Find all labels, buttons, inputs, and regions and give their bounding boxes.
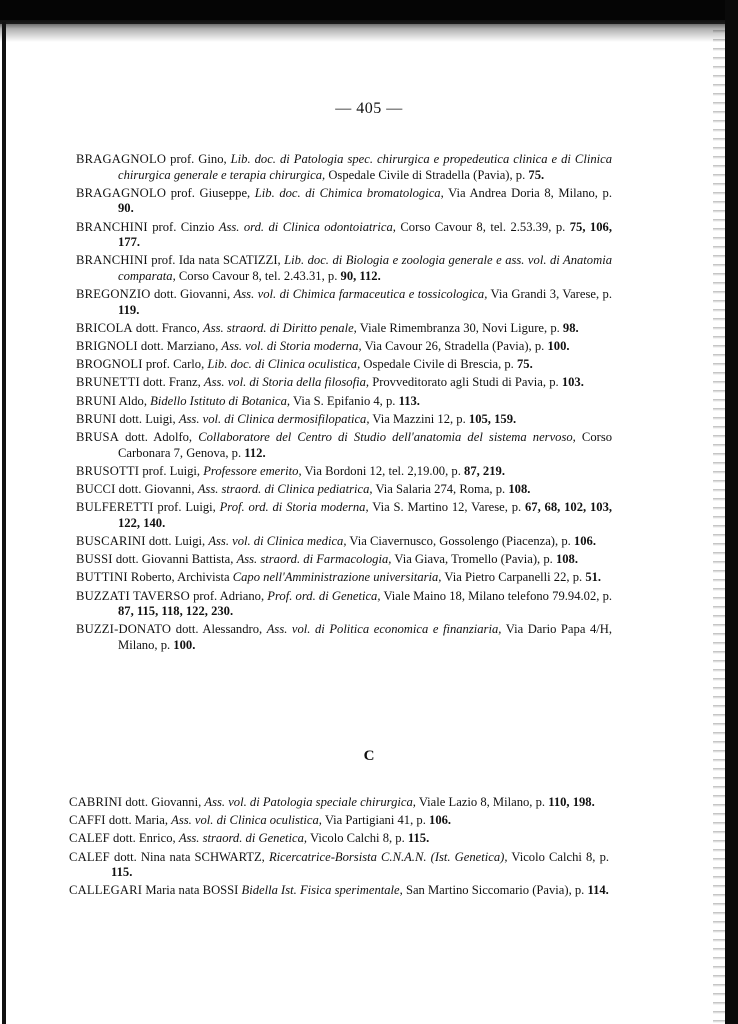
- entry-address: Viale Rimembranza 30, Novi Ligure,: [360, 321, 547, 335]
- entry-address: Viale Maino 18, Milano telefono 79.94.02…: [383, 589, 599, 603]
- entry-pages: 75.: [528, 168, 544, 182]
- directory-entry: BRICOLA dott. Franco, Ass. straord. di D…: [76, 321, 612, 337]
- directory-entry: CALLEGARI Maria nata BOSSI Bidella Ist. …: [69, 883, 609, 899]
- entry-title: Maria nata BOSSI: [145, 883, 238, 897]
- entry-pages-prefix: p.: [328, 269, 337, 283]
- entry-address: Via S. Martino 12, Varese,: [372, 500, 508, 514]
- entry-role: Lib. doc. di Clinica oculistica,: [207, 357, 360, 371]
- entry-pages: 108.: [508, 482, 530, 496]
- entry-name: CALEF: [69, 831, 110, 845]
- entry-name: BRAGAGNOLO: [76, 186, 166, 200]
- entry-role: Bidello Istituto di Botanica,: [150, 394, 290, 408]
- entry-pages: 87, 115, 118, 122, 230.: [118, 604, 233, 618]
- directory-entry: BUSCARINI dott. Luigi, Ass. vol. di Clin…: [76, 534, 612, 550]
- entry-pages: 119.: [118, 303, 139, 317]
- directory-entry: BUSSI dott. Giovanni Battista, Ass. stra…: [76, 552, 612, 568]
- entry-pages: 114.: [587, 883, 608, 897]
- directory-entry: BRANCHINI prof. Ida nata SCATIZZI, Lib. …: [76, 253, 612, 284]
- scan-top-grain: [0, 20, 738, 42]
- entry-pages-prefix: p.: [575, 883, 584, 897]
- entry-pages: 106.: [574, 534, 596, 548]
- entry-pages: 100.: [547, 339, 569, 353]
- entry-title: dott. Giovanni,: [125, 795, 201, 809]
- entry-pages: 115.: [408, 831, 429, 845]
- entry-address: Via Giava, Tromello (Pavia),: [394, 552, 540, 566]
- directory-entry: BUZZI-DONATO dott. Alessandro, Ass. vol.…: [76, 622, 612, 653]
- entry-name: BRICOLA: [76, 321, 133, 335]
- entry-pages: 113.: [399, 394, 420, 408]
- entry-address: Via Salaria 274, Roma,: [375, 482, 492, 496]
- directory-entry: BUZZATI TAVERSO prof. Adriano, Prof. ord…: [76, 589, 612, 620]
- entry-role: Capo nell'Amministrazione universitaria,: [233, 570, 442, 584]
- entry-role: Lib. doc. di Chimica bromatologica,: [255, 186, 444, 200]
- entry-address: Via Pietro Carpanelli 22,: [444, 570, 569, 584]
- entry-name: BRANCHINI: [76, 253, 148, 267]
- directory-entry: BRUNETTI dott. Franz, Ass. vol. di Stori…: [76, 375, 612, 391]
- entry-pages-prefix: p.: [512, 500, 521, 514]
- entry-role: Prof. ord. di Storia moderna,: [220, 500, 369, 514]
- entry-name: BRUNETTI: [76, 375, 140, 389]
- scan-right-grain: [713, 30, 725, 1024]
- entry-address: Via Ciavernusco, Gossolengo (Piacenza),: [349, 534, 558, 548]
- entry-role: Ass. vol. di Clinica oculistica,: [171, 813, 322, 827]
- directory-entry: BRUNI dott. Luigi, Ass. vol. di Clinica …: [76, 412, 612, 428]
- entry-title: Aldo,: [119, 394, 147, 408]
- entry-title: dott. Luigi,: [149, 534, 205, 548]
- entry-address: Via Andrea Doria 8, Milano,: [448, 186, 598, 200]
- entry-title: prof. Adriano,: [193, 589, 264, 603]
- entry-name: BRUSOTTI: [76, 464, 139, 478]
- directory-entry: BRIGNOLI dott. Marziano, Ass. vol. di St…: [76, 339, 612, 355]
- entry-pages-prefix: p.: [395, 831, 404, 845]
- entry-address: Corso Cavour 8, tel. 2.43.31,: [179, 269, 325, 283]
- entry-title: dott. Maria,: [109, 813, 168, 827]
- entry-name: BUSSI: [76, 552, 113, 566]
- directory-entry: CABRINI dott. Giovanni, Ass. vol. di Pat…: [69, 795, 609, 811]
- entry-pages: 100.: [173, 638, 195, 652]
- entry-title: dott. Enrico,: [113, 831, 176, 845]
- directory-entry: BULFERETTI prof. Luigi, Prof. ord. di St…: [76, 500, 612, 531]
- entry-address: Ospedale Civile di Brescia,: [363, 357, 501, 371]
- entry-pages: 108.: [556, 552, 578, 566]
- directory-entry: BRAGAGNOLO prof. Gino, Lib. doc. di Pato…: [76, 152, 612, 183]
- entry-title: dott. Luigi,: [119, 412, 175, 426]
- entry-pages-prefix: p.: [504, 357, 513, 371]
- directory-entry: BRANCHINI prof. Cinzio Ass. ord. di Clin…: [76, 220, 612, 251]
- entry-role: Ass. ord. di Clinica odontoiatrica,: [219, 220, 396, 234]
- entry-title: dott. Franco,: [136, 321, 200, 335]
- entry-title: prof. Cinzio: [152, 220, 214, 234]
- entry-pages: 98.: [563, 321, 579, 335]
- entry-address: Corso Cavour 8, tel. 2.53.39,: [400, 220, 551, 234]
- entry-pages-prefix: p.: [543, 552, 552, 566]
- entry-title: dott. Nina nata SCHWARTZ,: [114, 850, 265, 864]
- entry-title: Roberto, Archivista: [131, 570, 230, 584]
- entry-pages-prefix: p.: [550, 321, 559, 335]
- entry-pages: 87, 219.: [464, 464, 505, 478]
- directory-section-c: CABRINI dott. Giovanni, Ass. vol. di Pat…: [69, 795, 609, 902]
- entry-role: Ass. straord. di Genetica,: [179, 831, 307, 845]
- entry-pages: 105, 159.: [469, 412, 516, 426]
- directory-entry: CALEF dott. Enrico, Ass. straord. di Gen…: [69, 831, 609, 847]
- entry-name: CALLEGARI: [69, 883, 142, 897]
- entry-name: CABRINI: [69, 795, 122, 809]
- entry-pages-prefix: p.: [416, 813, 425, 827]
- entry-address: Via S. Epifanio 4,: [293, 394, 383, 408]
- entry-pages-prefix: p.: [516, 168, 525, 182]
- entry-pages: 90.: [118, 201, 134, 215]
- entry-name: BUSCARINI: [76, 534, 146, 548]
- entry-address: Via Partigiani 41,: [325, 813, 413, 827]
- entry-title: prof. Luigi,: [142, 464, 200, 478]
- entry-title: dott. Giovanni Battista,: [116, 552, 234, 566]
- entry-address: Vicolo Calchi 8,: [310, 831, 392, 845]
- entry-title: dott. Alessandro,: [176, 622, 262, 636]
- entry-pages: 75.: [517, 357, 533, 371]
- entry-role: Ass. vol. di Patologia speciale chirurgi…: [204, 795, 416, 809]
- section-letter-heading: C: [0, 748, 738, 765]
- entry-pages: 115.: [111, 865, 132, 879]
- entry-name: CAFFI: [69, 813, 106, 827]
- entry-name: BREGONZIO: [76, 287, 151, 301]
- directory-entry: BREGONZIO dott. Giovanni, Ass. vol. di C…: [76, 287, 612, 318]
- entry-pages-prefix: p.: [573, 570, 582, 584]
- entry-name: BRANCHINI: [76, 220, 148, 234]
- entry-title: prof. Giuseppe,: [171, 186, 250, 200]
- directory-entry: BRUSA dott. Adolfo, Collaboratore del Ce…: [76, 430, 612, 461]
- directory-entry: BROGNOLI prof. Carlo, Lib. doc. di Clini…: [76, 357, 612, 373]
- entry-role: Professore emerito,: [203, 464, 301, 478]
- entry-role: Ass. straord. di Farmacologia,: [237, 552, 392, 566]
- entry-pages: 90, 112.: [341, 269, 381, 283]
- entry-address: San Martino Siccomario (Pavia),: [406, 883, 572, 897]
- entry-pages-prefix: p.: [535, 339, 544, 353]
- entry-pages-prefix: p.: [496, 482, 505, 496]
- directory-entry: BUCCI dott. Giovanni, Ass. straord. di C…: [76, 482, 612, 498]
- entry-name: BUZZATI TAVERSO: [76, 589, 190, 603]
- entry-title: prof. Ida nata SCATIZZI,: [151, 253, 280, 267]
- entry-pages-prefix: p.: [536, 795, 545, 809]
- entry-title: prof. Carlo,: [146, 357, 204, 371]
- entry-pages-prefix: p.: [451, 464, 460, 478]
- entry-pages: 110, 198.: [548, 795, 595, 809]
- entry-pages-prefix: p.: [556, 220, 565, 234]
- entry-name: BUCCI: [76, 482, 116, 496]
- entry-role: Ass. straord. di Diritto penale,: [203, 321, 357, 335]
- entry-address: Provveditorato agli Studi di Pavia,: [372, 375, 546, 389]
- entry-pages: 51.: [585, 570, 601, 584]
- entry-title: prof. Luigi,: [157, 500, 215, 514]
- entry-role: Bidella Ist. Fisica sperimentale,: [242, 883, 403, 897]
- entry-name: BRUNI: [76, 412, 116, 426]
- entry-role: Collaboratore del Centro di Studio dell'…: [198, 430, 576, 444]
- entry-pages: 103.: [562, 375, 584, 389]
- entry-name: CALEF: [69, 850, 110, 864]
- entry-pages-prefix: p.: [603, 589, 612, 603]
- entry-role: Ricercatrice-Borsista C.N.A.N. (Ist. Gen…: [269, 850, 508, 864]
- directory-entry: BRUSOTTI prof. Luigi, Professore emerito…: [76, 464, 612, 480]
- entry-role: Prof. ord. di Genetica,: [267, 589, 380, 603]
- entry-role: Ass. vol. di Storia della filosofia,: [204, 375, 369, 389]
- entry-pages-prefix: p.: [603, 186, 612, 200]
- entry-address: Vicolo Calchi 8,: [511, 850, 595, 864]
- entry-pages: 112.: [244, 446, 265, 460]
- entry-name: BUTTINI: [76, 570, 128, 584]
- directory-entry: CAFFI dott. Maria, Ass. vol. di Clinica …: [69, 813, 609, 829]
- entry-name: BRUNI: [76, 394, 116, 408]
- entry-role: Ass. vol. di Clinica medica,: [208, 534, 346, 548]
- entry-pages-prefix: p.: [161, 638, 170, 652]
- entry-title: dott. Giovanni,: [154, 287, 230, 301]
- entry-name: BRIGNOLI: [76, 339, 138, 353]
- entry-pages-prefix: p.: [603, 287, 612, 301]
- entry-address: Via Grandi 3, Varese,: [491, 287, 600, 301]
- entry-role: Ass. vol. di Clinica dermosifilopatica,: [179, 412, 370, 426]
- entry-name: BRUSA: [76, 430, 119, 444]
- directory-section-b: BRAGAGNOLO prof. Gino, Lib. doc. di Pato…: [76, 152, 612, 656]
- entry-role: Ass. straord. di Clinica pediatrica,: [198, 482, 373, 496]
- entry-address: Via Mazzini 12,: [372, 412, 453, 426]
- entry-pages-prefix: p.: [561, 534, 570, 548]
- entry-pages-prefix: p.: [456, 412, 465, 426]
- entry-name: BROGNOLI: [76, 357, 143, 371]
- entry-title: dott. Franz,: [143, 375, 201, 389]
- entry-name: BUZZI-DONATO: [76, 622, 171, 636]
- directory-entry: BRUNI Aldo, Bidello Istituto di Botanica…: [76, 394, 612, 410]
- directory-entry: CALEF dott. Nina nata SCHWARTZ, Ricercat…: [69, 850, 609, 881]
- entry-pages-prefix: p.: [232, 446, 241, 460]
- scan-left-edge: [2, 22, 6, 1024]
- entry-title: dott. Giovanni,: [119, 482, 195, 496]
- entry-pages: 106.: [429, 813, 451, 827]
- directory-entry: BRAGAGNOLO prof. Giuseppe, Lib. doc. di …: [76, 186, 612, 217]
- entry-address: Via Cavour 26, Stradella (Pavia),: [365, 339, 532, 353]
- page-number: — 405 —: [0, 100, 738, 118]
- entry-title: prof. Gino,: [170, 152, 226, 166]
- entry-role: Ass. vol. di Chimica farmaceutica e toss…: [234, 287, 488, 301]
- entry-title: dott. Adolfo,: [125, 430, 192, 444]
- entry-pages-prefix: p.: [600, 850, 609, 864]
- entry-name: BULFERETTI: [76, 500, 154, 514]
- entry-pages-prefix: p.: [386, 394, 395, 408]
- entry-address: Ospedale Civile di Stradella (Pavia),: [328, 168, 512, 182]
- entry-name: BRAGAGNOLO: [76, 152, 166, 166]
- entry-title: dott. Marziano,: [141, 339, 218, 353]
- scan-right-edge: [725, 0, 738, 1024]
- directory-entry: BUTTINI Roberto, Archivista Capo nell'Am…: [76, 570, 612, 586]
- entry-address: Viale Lazio 8, Milano,: [419, 795, 533, 809]
- entry-role: Ass. vol. di Politica economica e finanz…: [267, 622, 502, 636]
- entry-address: Via Bordoni 12, tel. 2,19.00,: [305, 464, 449, 478]
- entry-role: Ass. vol. di Storia moderna,: [221, 339, 361, 353]
- entry-pages-prefix: p.: [549, 375, 558, 389]
